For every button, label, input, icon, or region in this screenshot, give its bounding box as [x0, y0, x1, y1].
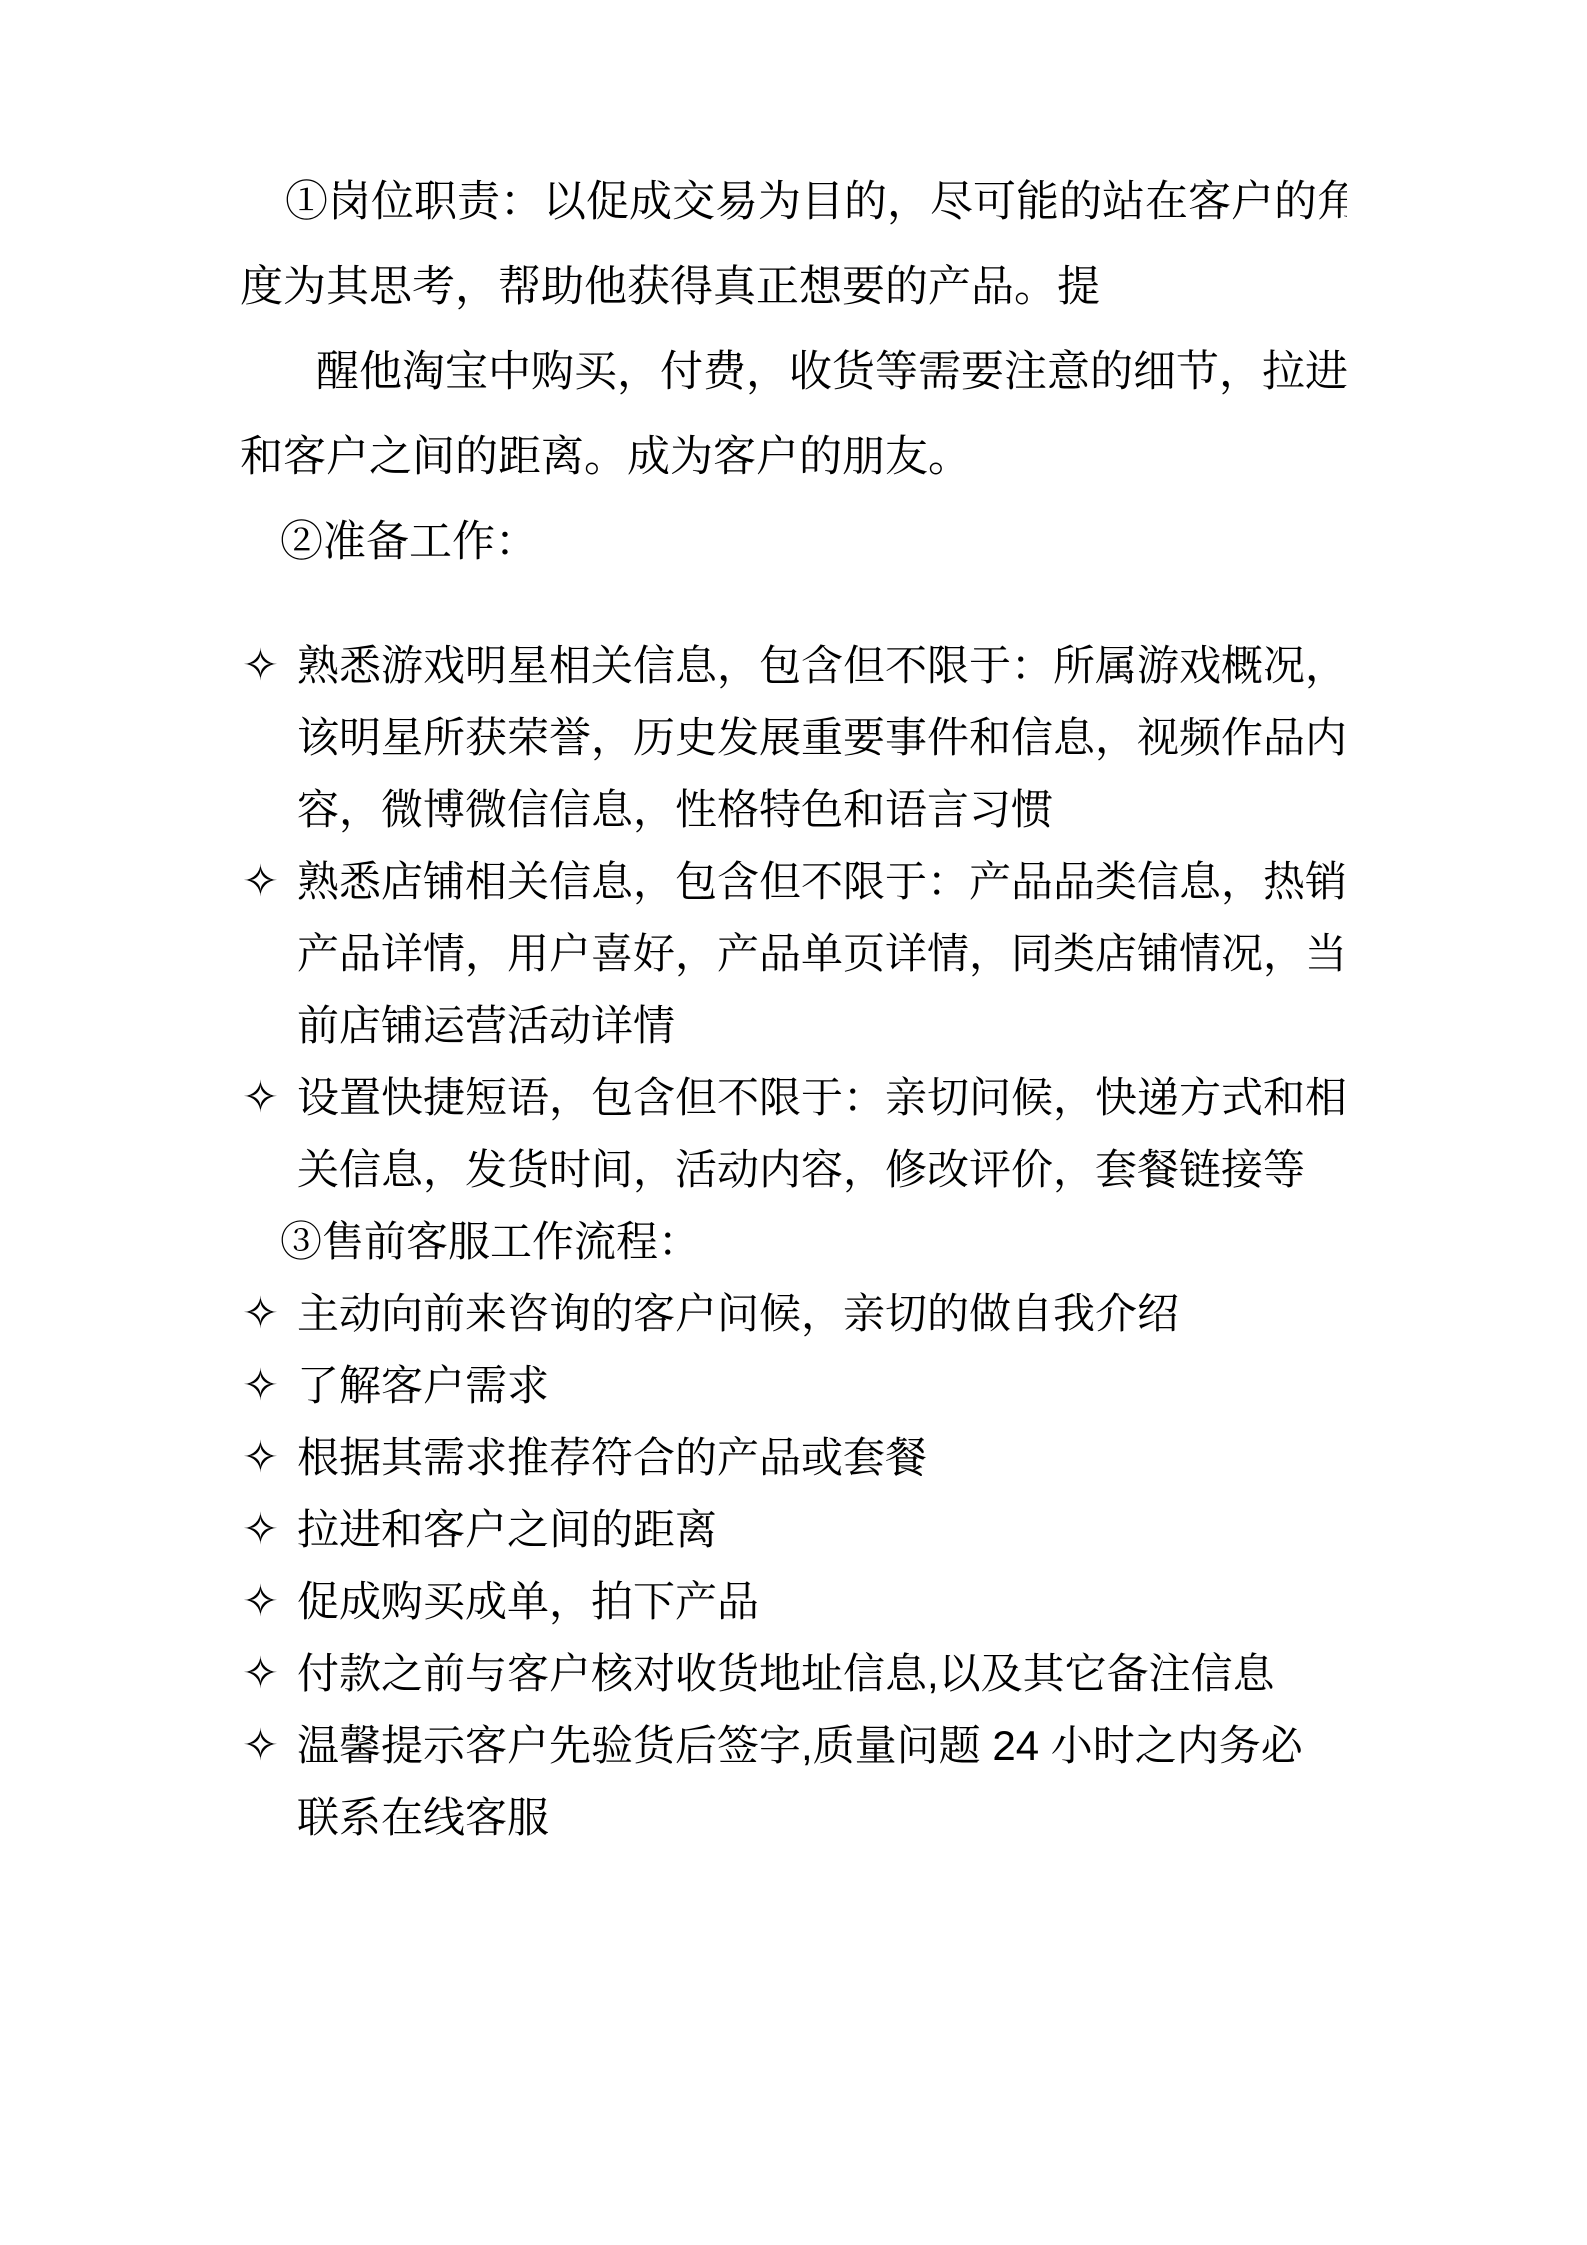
- list-item: ✧ 付款之前与客户核对收货地址信息,以及其它备注信息: [240, 1638, 1347, 1710]
- diamond-bullet-icon: ✧: [242, 1710, 292, 1782]
- list-item: ✧ 拉进和客户之间的距离: [240, 1494, 1347, 1566]
- list-item: ✧ 熟悉店铺相关信息，包含但不限于：产品品类信息，热销 产品详情，用户喜好，产品…: [240, 846, 1347, 1062]
- list-item-line: 联系在线客服: [297, 1782, 1347, 1854]
- list-item: ✧ 促成购买成单，拍下产品: [240, 1566, 1347, 1638]
- diamond-bullet-icon: ✧: [242, 1278, 292, 1350]
- list-item: ✧ 根据其需求推荐符合的产品或套餐: [240, 1422, 1347, 1494]
- diamond-bullet-icon: ✧: [242, 1350, 292, 1422]
- diamond-bullet-icon: ✧: [242, 1422, 292, 1494]
- list-item: ✧ 了解客户需求: [240, 1350, 1347, 1422]
- diamond-bullet-icon: ✧: [242, 1062, 292, 1134]
- list-item: ✧ 熟悉游戏明星相关信息，包含但不限于：所属游戏概况， 该明星所获荣誉，历史发展…: [240, 630, 1347, 846]
- list-item-line: 熟悉店铺相关信息，包含但不限于：产品品类信息，热销: [297, 846, 1347, 918]
- diamond-bullet-icon: ✧: [242, 1638, 292, 1710]
- diamond-bullet-icon: ✧: [242, 1566, 292, 1638]
- list-item-line: 根据其需求推荐符合的产品或套餐: [297, 1422, 1347, 1494]
- list-item-line: 拉进和客户之间的距离: [297, 1494, 1347, 1566]
- document-page: ①岗位职责：以促成交易为目的，尽可能的站在客户的角 度为其思考，帮助他获得真正想…: [0, 0, 1587, 2245]
- list-item-line: 主动向前来咨询的客户问候，亲切的做自我介绍: [297, 1278, 1347, 1350]
- list-item-line: 产品详情，用户喜好，产品单页详情，同类店铺情况，当: [297, 918, 1347, 990]
- bullet-list: ✧ 熟悉游戏明星相关信息，包含但不限于：所属游戏概况， 该明星所获荣誉，历史发展…: [240, 630, 1347, 1854]
- list-item: ✧ 设置快捷短语，包含但不限于：亲切问候，快递方式和相 关信息，发货时间，活动内…: [240, 1062, 1347, 1206]
- section-heading-2: ②准备工作：: [240, 500, 1347, 585]
- paragraph-line: ①岗位职责：以促成交易为目的，尽可能的站在客户的角: [240, 160, 1347, 245]
- list-item-line: 前店铺运营活动详情: [297, 990, 1347, 1062]
- intro-section: ①岗位职责：以促成交易为目的，尽可能的站在客户的角 度为其思考，帮助他获得真正想…: [240, 160, 1347, 585]
- diamond-bullet-icon: ✧: [242, 846, 292, 918]
- list-item-line: 关信息，发货时间，活动内容，修改评价，套餐链接等: [297, 1134, 1347, 1206]
- list-item-line: 付款之前与客户核对收货地址信息,以及其它备注信息: [297, 1638, 1347, 1710]
- list-item: ✧ 温馨提示客户先验货后签字,质量问题 24 小时之内务必 联系在线客服: [240, 1710, 1347, 1854]
- paragraph-line: 和客户之间的距离。成为客户的朋友。: [240, 415, 1347, 500]
- list-item-line: 设置快捷短语，包含但不限于：亲切问候，快递方式和相: [297, 1062, 1347, 1134]
- diamond-bullet-icon: ✧: [242, 630, 292, 702]
- list-item-line: 熟悉游戏明星相关信息，包含但不限于：所属游戏概况，: [297, 630, 1347, 702]
- diamond-bullet-icon: ✧: [242, 1494, 292, 1566]
- list-item-line: 容，微博微信信息，性格特色和语言习惯: [297, 774, 1347, 846]
- list-item-line: 促成购买成单，拍下产品: [297, 1566, 1347, 1638]
- list-item-line: 该明星所获荣誉，历史发展重要事件和信息，视频作品内: [297, 702, 1347, 774]
- paragraph-line: 度为其思考，帮助他获得真正想要的产品。提: [240, 245, 1347, 330]
- list-item: ✧ 主动向前来咨询的客户问候，亲切的做自我介绍: [240, 1278, 1347, 1350]
- list-item-line: 了解客户需求: [297, 1350, 1347, 1422]
- section-heading-3: ③售前客服工作流程：: [240, 1206, 1347, 1278]
- paragraph-line: 醒他淘宝中购买，付费，收货等需要注意的细节，拉进: [240, 330, 1347, 415]
- list-item-line: 温馨提示客户先验货后签字,质量问题 24 小时之内务必: [297, 1710, 1347, 1782]
